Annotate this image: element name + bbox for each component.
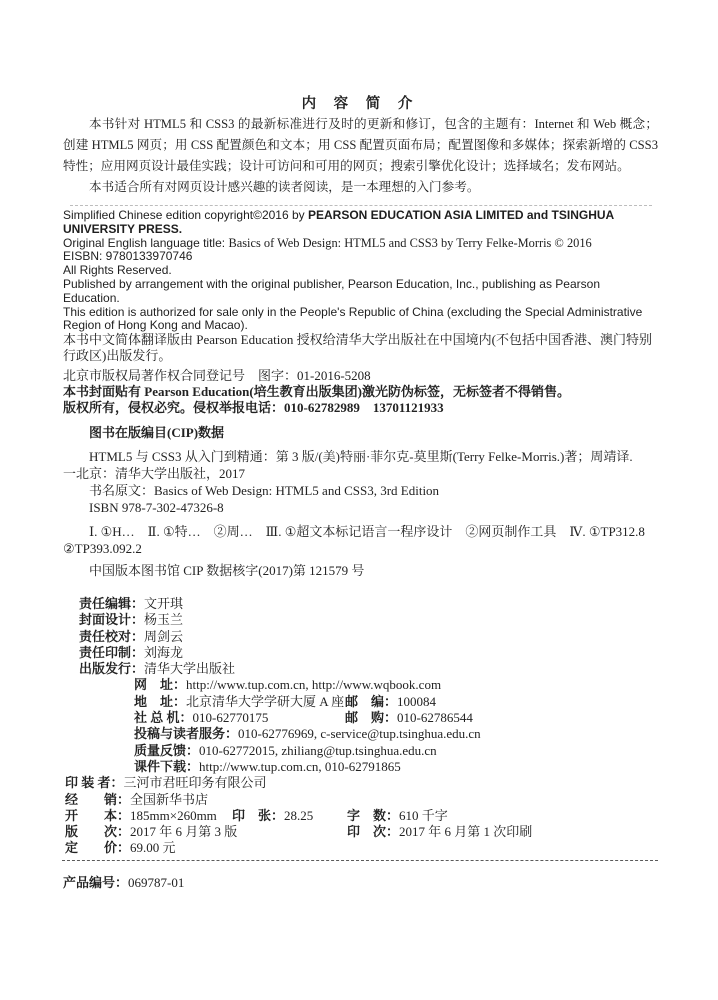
website-value: http://www.tup.com.cn, http://www.wqbook… bbox=[186, 677, 441, 692]
quality-feedback-row: 质量反馈：010-62772015, zhiliang@tup.tsinghua… bbox=[134, 743, 658, 759]
price-value: 69.00 元 bbox=[130, 840, 176, 855]
cip-block: 图书在版编目(CIP)数据 HTML5 与 CSS3 从入门到精通：第 3 版/… bbox=[63, 424, 658, 579]
spec-row-edition: 版 次：2017 年 6 月第 3 版印 次：2017 年 6 月第 1 次印刷 bbox=[65, 824, 658, 840]
wordcount-value: 610 千字 bbox=[399, 808, 448, 823]
distributor-row: 经 销：全国新华书店 bbox=[65, 792, 658, 808]
content-summary-title: 内 容 简 介 bbox=[63, 92, 658, 113]
editor-name: 杨玉兰 bbox=[144, 612, 183, 627]
book-copyright-page: 内 容 简 介 本书针对 HTML5 和 CSS3 的最新标准进行及时的更新和修… bbox=[0, 0, 718, 1000]
copyright-line-1-text: Simplified Chinese edition copyright©201… bbox=[63, 208, 308, 222]
quality-feedback-label: 质量反馈： bbox=[134, 743, 199, 758]
switchboard-row: 社 总 机：010-62770175邮 购：010-62786544 bbox=[134, 710, 658, 726]
cip-original-title-line: 书名原文：Basics of Web Design: HTML5 and CSS… bbox=[63, 482, 658, 499]
original-title-text: Basics of Web Design: HTML5 and CSS3 by … bbox=[228, 236, 591, 250]
cip-classification-line: Ⅰ. ①H… Ⅱ. ①特… ②周… Ⅲ. ①超文本标记语言一程序设计 ②网页制作… bbox=[63, 523, 658, 540]
editor-name: 周剑云 bbox=[144, 629, 183, 644]
wordcount-col: 字 数：610 千字 bbox=[347, 808, 448, 824]
arrangement-line: Published by arrangement with the origin… bbox=[63, 278, 658, 306]
format-value: 185mm×260mm bbox=[130, 808, 217, 823]
postcode-col: 邮 编：100084 bbox=[345, 694, 436, 710]
cip-publisher-line: 一北京：清华大学出版社，2017 bbox=[63, 465, 658, 482]
reader-service-row: 投稿与读者服务：010-62776969, c-service@tup.tsin… bbox=[134, 726, 658, 742]
impression-label: 印 次： bbox=[347, 824, 399, 839]
impression-value: 2017 年 6 月第 1 次印刷 bbox=[399, 824, 532, 839]
content-summary-block: 本书针对 HTML5 和 CSS3 的最新标准进行及时的更新和修订，包含的主题有… bbox=[63, 114, 658, 198]
cip-title-line: HTML5 与 CSS3 从入门到精通：第 3 版/(美)特丽·菲尔克-莫里斯(… bbox=[63, 448, 658, 465]
sheets-label: 印 张： bbox=[232, 808, 284, 823]
sheets-value: 28.25 bbox=[284, 808, 313, 823]
editor-name: 文开琪 bbox=[144, 596, 183, 611]
original-title-prefix: Original English language title: bbox=[63, 236, 228, 250]
printer-label: 印 装 者： bbox=[65, 775, 124, 790]
courseware-value: http://www.tup.com.cn, 010-62791865 bbox=[199, 759, 401, 774]
mailorder-col: 邮 购：010-62786544 bbox=[345, 710, 473, 726]
printer-row: 印 装 者：三河市君旺印务有限公司 bbox=[65, 775, 658, 791]
publisher-address-row: 地 址：北京清华大学学研大厦 A 座邮 编：100084 bbox=[134, 694, 658, 710]
postcode-value: 100084 bbox=[397, 694, 436, 709]
editor-row: 责任编辑：文开琪 bbox=[79, 596, 658, 612]
content-summary-paragraph-1: 本书针对 HTML5 和 CSS3 的最新标准进行及时的更新和修订，包含的主题有… bbox=[63, 114, 658, 177]
reader-service-label: 投稿与读者服务： bbox=[134, 726, 238, 741]
editor-role-label: 责任编辑： bbox=[79, 596, 144, 611]
courseware-download-row: 课件下载：http://www.tup.com.cn, 010-62791865 bbox=[134, 759, 658, 775]
printer-name: 三河市君旺印务有限公司 bbox=[124, 775, 267, 790]
colophon-block: 责任编辑：文开琪 封面设计：杨玉兰 责任校对：周剑云 责任印制：刘海龙 出版发行… bbox=[63, 596, 658, 857]
english-copyright-block: Simplified Chinese edition copyright©201… bbox=[63, 209, 658, 333]
wordcount-label: 字 数： bbox=[347, 808, 399, 823]
impression-col: 印 次：2017 年 6 月第 1 次印刷 bbox=[347, 824, 532, 840]
editor-row: 封面设计：杨玉兰 bbox=[79, 612, 658, 628]
contract-registration-line: 北京市版权局著作权合同登记号 图字：01-2016-5208 bbox=[63, 368, 658, 384]
edition-value: 2017 年 6 月第 3 版 bbox=[130, 824, 237, 839]
product-code-label: 产品编号： bbox=[63, 875, 128, 890]
bottom-divider-line bbox=[62, 860, 658, 861]
reader-service-value: 010-62776969, c-service@tup.tsinghua.edu… bbox=[238, 726, 481, 741]
editor-role-label: 责任校对： bbox=[79, 629, 144, 644]
editor-role-label: 责任印制： bbox=[79, 645, 144, 660]
cip-isbn-line: ISBN 978-7-302-47326-8 bbox=[63, 499, 658, 516]
spec-row-price: 定 价：69.00 元 bbox=[65, 840, 658, 856]
rights-hotline-notice: 版权所有，侵权必究。侵权举报电话：010-62782989 1370112193… bbox=[63, 400, 658, 416]
translation-license-paragraph: 本书中文简体翻译版由 Pearson Education 授权给清华大学出版社在… bbox=[63, 332, 658, 364]
price-label: 定 价： bbox=[65, 840, 130, 855]
sheets-col: 印 张：28.25 bbox=[232, 808, 313, 824]
editor-row: 责任校对：周剑云 bbox=[79, 629, 658, 645]
publisher-website-row: 网 址：http://www.tup.com.cn, http://www.wq… bbox=[134, 677, 658, 693]
editor-row: 责任印制：刘海龙 bbox=[79, 645, 658, 661]
product-code-row: 产品编号：069787-01 bbox=[63, 872, 658, 891]
chinese-copyright-block: 本书中文简体翻译版由 Pearson Education 授权给清华大学出版社在… bbox=[63, 332, 658, 416]
original-title-line: Original English language title: Basics … bbox=[63, 237, 658, 251]
sale-territory-line: This edition is authorized for sale only… bbox=[63, 306, 658, 334]
content-summary-paragraph-2: 本书适合所有对网页设计感兴趣的读者阅读，是一本理想的入门参考。 bbox=[63, 177, 658, 198]
switchboard-label: 社 总 机： bbox=[134, 710, 193, 725]
publisher-label: 出版发行： bbox=[79, 661, 144, 676]
postcode-label: 邮 编： bbox=[345, 694, 397, 709]
product-code-value: 069787-01 bbox=[128, 875, 184, 890]
spec-row-format: 开 本：185mm×260mm印 张：28.25字 数：610 千字 bbox=[65, 808, 658, 824]
courseware-label: 课件下载： bbox=[134, 759, 199, 774]
top-divider-line bbox=[70, 205, 652, 206]
publisher-name: 清华大学出版社 bbox=[144, 661, 235, 676]
cip-heading: 图书在版编目(CIP)数据 bbox=[63, 424, 658, 441]
quality-feedback-value: 010-62772015, zhiliang@tup.tsinghua.edu.… bbox=[199, 743, 437, 758]
mailorder-value: 010-62786544 bbox=[397, 710, 473, 725]
mailorder-label: 邮 购： bbox=[345, 710, 397, 725]
rights-reserved-line: All Rights Reserved. bbox=[63, 264, 658, 278]
copyright-line-1: Simplified Chinese edition copyright©201… bbox=[63, 209, 658, 237]
distributor-name: 全国新华书店 bbox=[130, 792, 208, 807]
distributor-label: 经 销： bbox=[65, 792, 130, 807]
format-label: 开 本： bbox=[65, 808, 130, 823]
publisher-row: 出版发行：清华大学出版社 bbox=[79, 661, 658, 677]
switchboard-value: 010-62770175 bbox=[193, 710, 269, 725]
address-value: 北京清华大学学研大厦 A 座 bbox=[186, 694, 344, 709]
eisbn-line: EISBN: 9780133970746 bbox=[63, 250, 658, 264]
cip-classification-continued: ②TP393.092.2 bbox=[63, 540, 658, 557]
anti-counterfeit-notice: 本书封面贴有 Pearson Education(培生教育出版集团)激光防伪标签… bbox=[63, 384, 658, 400]
address-label: 地 址： bbox=[134, 694, 186, 709]
editor-role-label: 封面设计： bbox=[79, 612, 144, 627]
edition-label: 版 次： bbox=[65, 824, 130, 839]
website-label: 网 址： bbox=[134, 677, 186, 692]
editor-name: 刘海龙 bbox=[144, 645, 183, 660]
cip-record-number: 中国版本图书馆 CIP 数据核字(2017)第 121579 号 bbox=[63, 562, 658, 579]
